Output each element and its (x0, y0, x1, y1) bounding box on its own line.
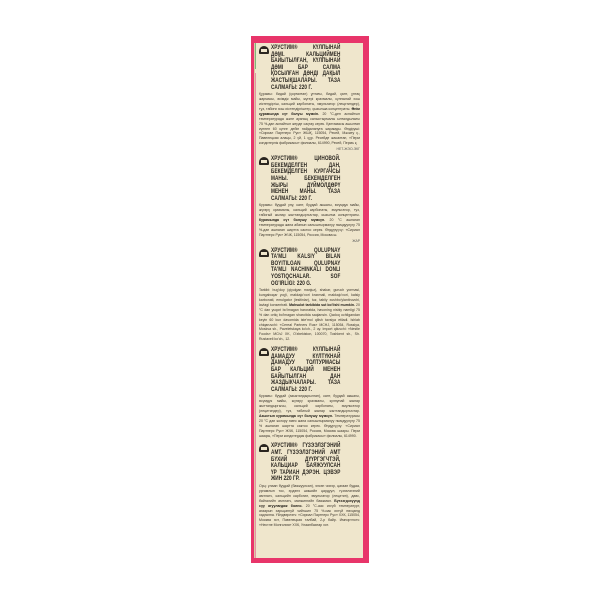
green-stripe (254, 43, 256, 69)
ingredients-text: Орц: улаан буудай (баяжуулсан), элсэн чи… (259, 484, 360, 528)
section-title: ХРУСТИМ® QULUPNAY TA'MLI KALSIY BILAN BO… (271, 248, 340, 288)
section-title: ХРУСТИМ® ЦИНОВОЙ. БЕКЕМДЕЛГЕН ДАН, БЕКЕМ… (271, 156, 340, 202)
cereal-bowl-icon (259, 444, 269, 452)
ingredients-text: Курамы: буудай (азыктандырылган), кант, … (259, 394, 360, 438)
cereal-bowl-icon (259, 348, 269, 356)
ingredients-text: Tarkibi: bug'doy (qiyulgan manjuz), shak… (259, 288, 360, 342)
batch-code: НЕТ-ЖЭО-ЭКГ (259, 147, 360, 151)
ingredients-panel: ХРУСТИМ® КҮЛПЫНАЙ ДӘМІ. КАЛЬЦИЙМЕН БАЙЫТ… (254, 43, 363, 558)
ingredients-text: Құрамы: бидай (қорғалған) ұнтағы, бидай,… (259, 92, 360, 146)
cereal-bowl-icon (259, 249, 269, 257)
section-title: ХРУСТИМ® КҮЛПЫНАЙ ДАМАДУУ КҮЛТҮКНАЙ ДАМА… (271, 347, 340, 393)
section-kazakh: ХРУСТИМ® КҮЛПЫНАЙ ДӘМІ. КАЛЬЦИЙМЕН БАЙЫТ… (255, 43, 363, 154)
section-uzbek: ХРУСТИМ® QULUPNAY TA'MLI KALSIY BILAN BO… (255, 246, 363, 346)
batch-code: ЖАР (259, 239, 360, 243)
section-title: ХРУСТИМ® КҮЛПЫНАЙ ДӘМІ. КАЛЬЦИЙМЕН БАЙЫТ… (271, 45, 340, 91)
ingredients-text: Курамы: буудай уну, кант, буудай акшагы,… (259, 203, 360, 237)
section-title: ХРУСТИМ® ГҮЗЭЭЛЗГЭНИЙ АМТ. ГҮЗЭЭЛЗГЭНИЙ … (271, 443, 340, 483)
section-mongolian: ХРУСТИМ® ГҮЗЭЭЛЗГЭНИЙ АМТ. ГҮЗЭЭЛЗГЭНИЙ … (255, 441, 363, 531)
section-kyrgyz: ХРУСТИМ® ЦИНОВОЙ. БЕКЕМДЕЛГЕН ДАН, БЕКЕМ… (255, 154, 363, 246)
cereal-bowl-icon (259, 46, 269, 54)
cereal-bowl-icon (259, 157, 269, 165)
section-kyrgyz-2: ХРУСТИМ® КҮЛПЫНАЙ ДАМАДУУ КҮЛТҮКНАЙ ДАМА… (255, 345, 363, 441)
product-box-side-panel: ХРУСТИМ® КҮЛПЫНАЙ ДӘМІ. КАЛЬЦИЙМЕН БАЙЫТ… (251, 36, 369, 563)
pink-stripe (254, 73, 256, 558)
